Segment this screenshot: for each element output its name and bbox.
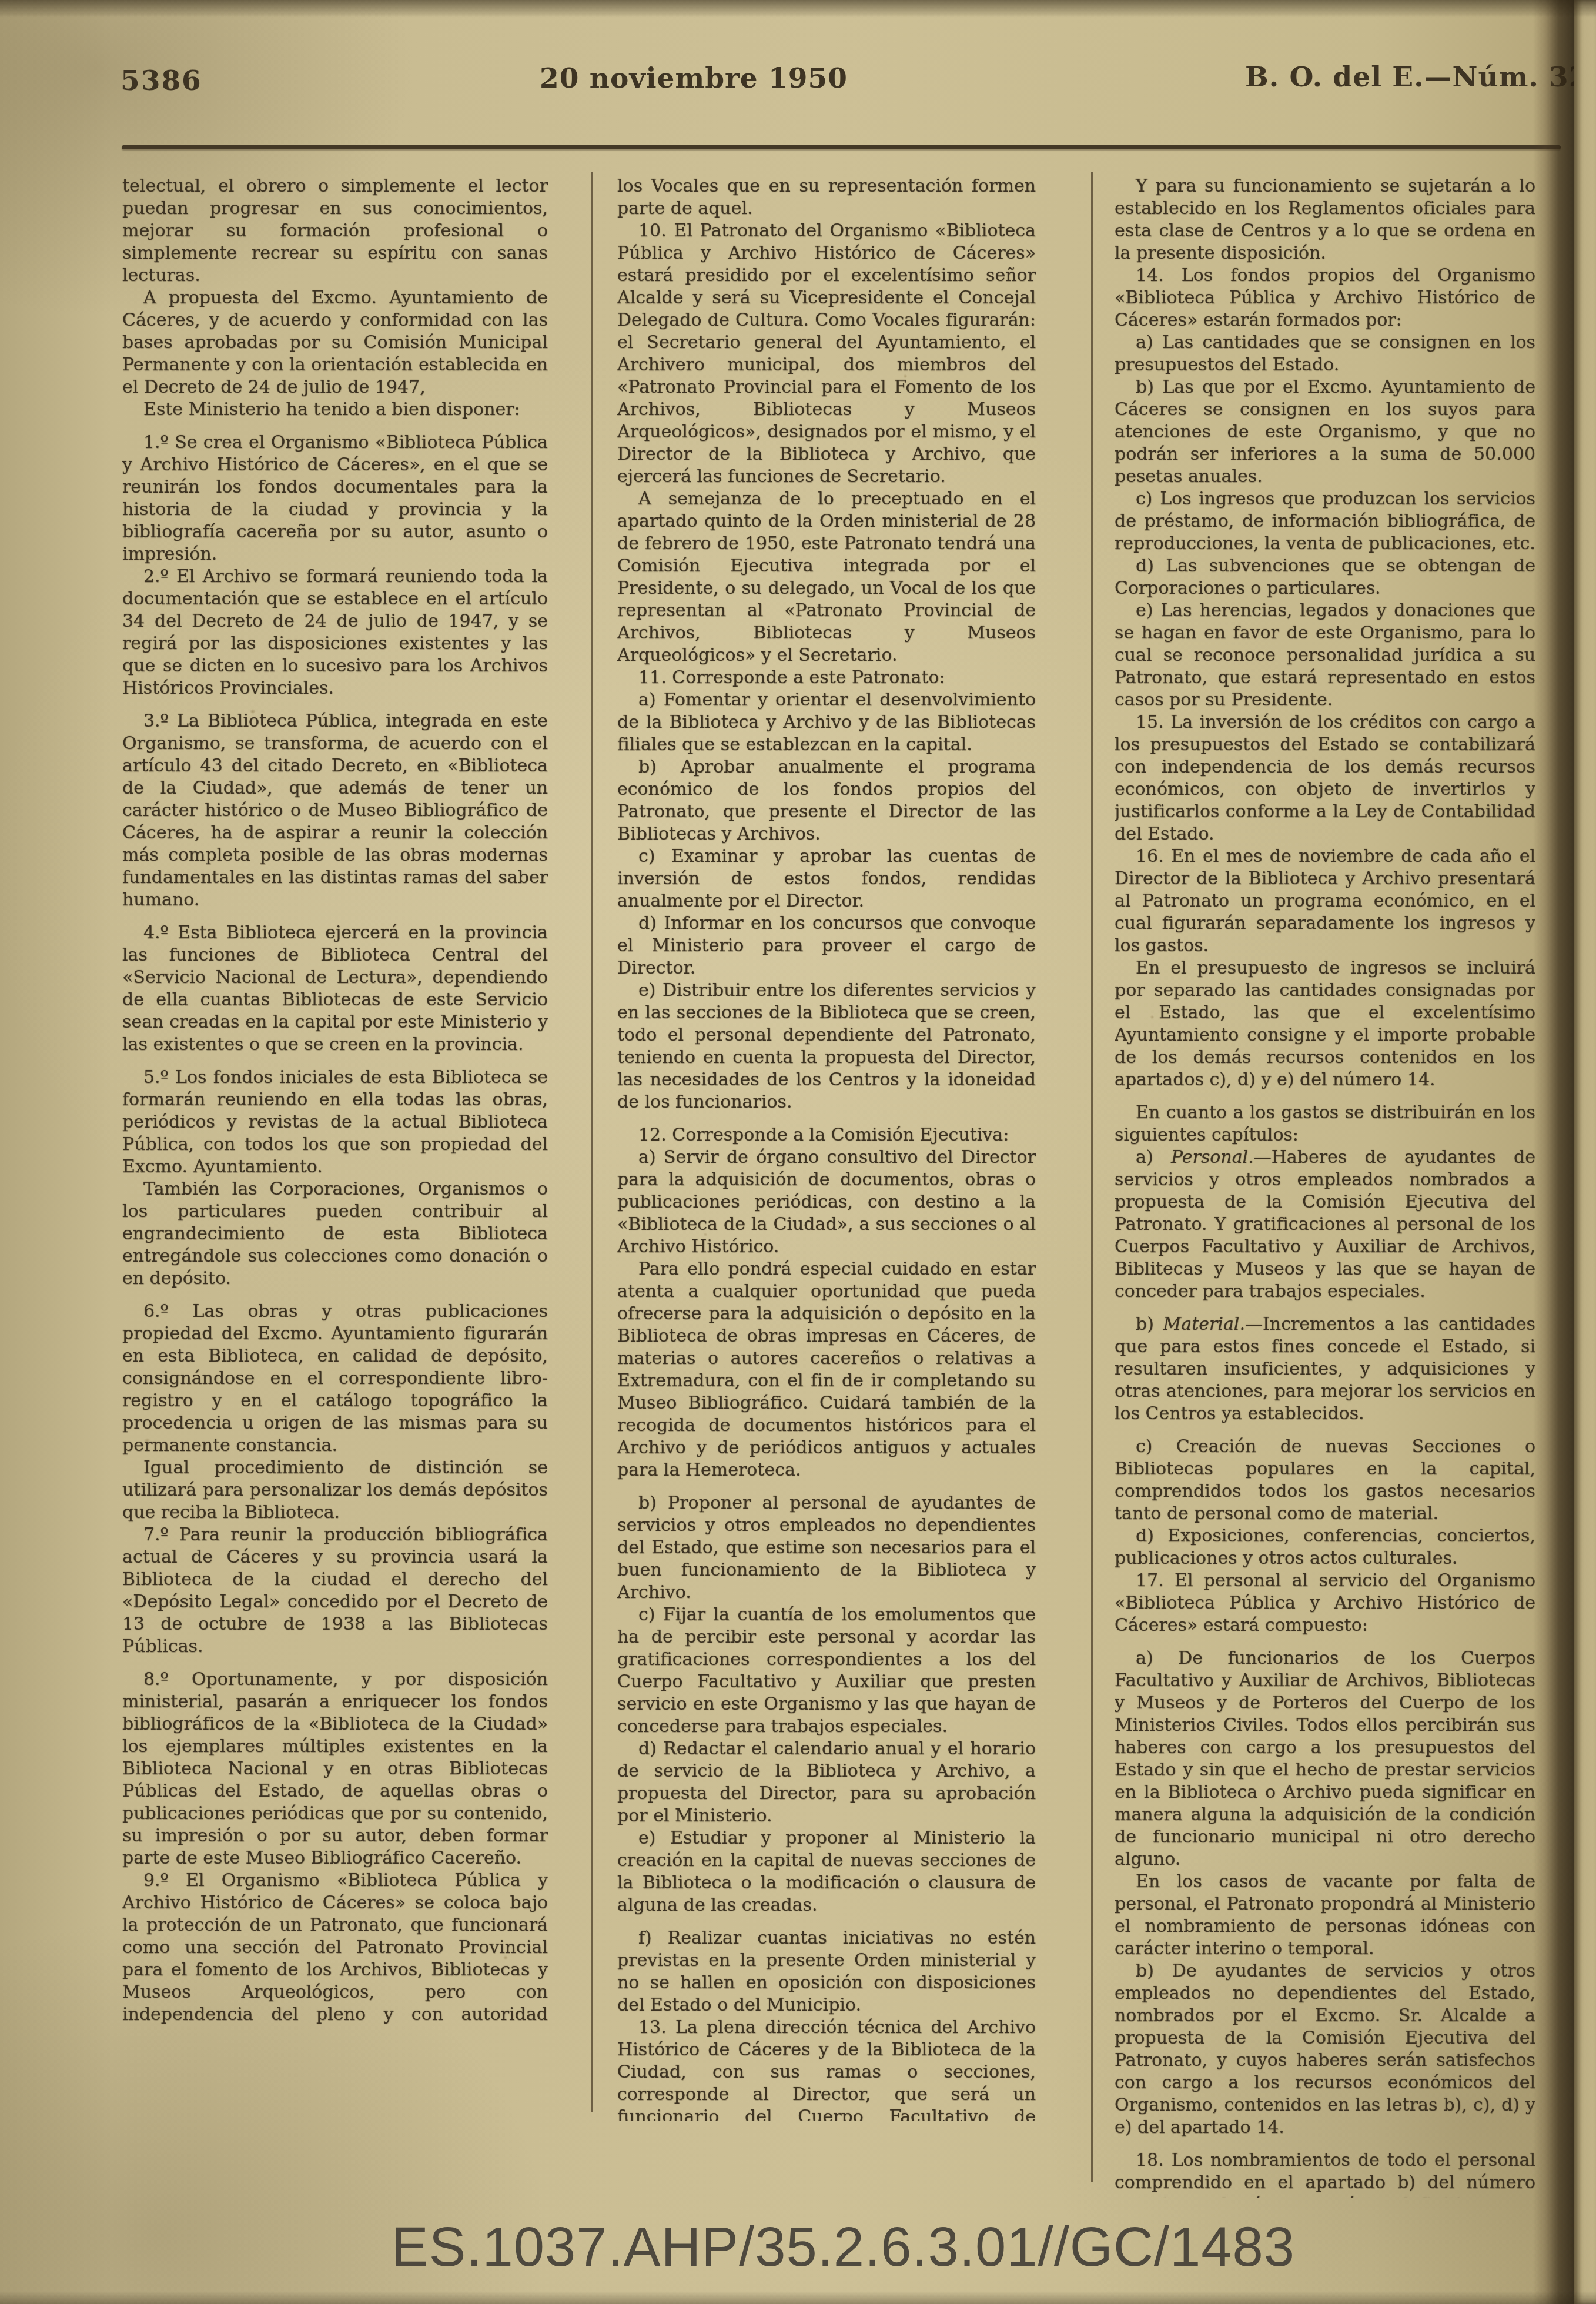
column-separator-1 <box>591 172 593 2112</box>
paragraph: 4.º Esta Biblioteca ejercerá en la provi… <box>122 922 548 1056</box>
paragraph: e) Distribuir entre los diferentes servi… <box>617 979 1036 1113</box>
paragraph: 9.º El Organismo «Biblioteca Pública y A… <box>122 1870 548 2027</box>
paragraph: e) Las herencias, legados y donaciones q… <box>1115 600 1535 711</box>
paragraph: 3.º La Biblioteca Pública, integrada en … <box>122 710 548 911</box>
paragraph: c) Creación de nuevas Secciones o Biblio… <box>1115 1436 1535 1525</box>
paragraph: Para ello pondrá especial cuidado en est… <box>617 1258 1036 1482</box>
paragraph: telectual, el obrero o simplemente el le… <box>122 175 548 287</box>
column-separator-2 <box>1091 172 1093 2182</box>
header-date: 20 noviembre 1950 <box>529 62 858 95</box>
paragraph: 16. En el mes de noviembre de cada año e… <box>1115 845 1535 957</box>
paragraph: También las Corporaciones, Organismos o … <box>122 1178 548 1290</box>
paragraph: A propuesta del Excmo. Ayuntamiento de C… <box>122 287 548 399</box>
paragraph: 10. El Patronato del Organismo «Bibliote… <box>617 220 1036 488</box>
paragraph: b) Material.—Incrementos a las cantidade… <box>1115 1313 1535 1425</box>
text-column-3: Y para su funcionamiento se sujetarán a … <box>1115 175 1535 2198</box>
paragraph: e) Estudiar y proponer al Ministerio la … <box>617 1827 1036 1917</box>
paragraph: a) De funcionarios de los Cuerpos Facult… <box>1115 1647 1535 1871</box>
paragraph: d) Informar en los concursos que convoqu… <box>617 912 1036 979</box>
paragraph: 18. Los nombramientos de todo el persona… <box>1115 2149 1535 2198</box>
top-edge-shadow <box>0 0 1596 18</box>
paragraph: d) Las subvenciones que se obtengan de C… <box>1115 555 1535 600</box>
paragraph: En el presupuesto de ingresos se incluir… <box>1115 957 1535 1091</box>
paragraph: d) Redactar el calendario anual y el hor… <box>617 1738 1036 1827</box>
paragraph: Igual procedimiento de distinción se uti… <box>122 1457 548 1524</box>
paragraph: 13. La plena dirección técnica del Archi… <box>617 2017 1036 2121</box>
paragraph: a) Servir de órgano consultivo del Direc… <box>617 1146 1036 1258</box>
paragraph: En los casos de vacante por falta de per… <box>1115 1871 1535 1960</box>
paragraph: b) Aprobar anualmente el programa económ… <box>617 756 1036 845</box>
paragraph: 15. La inversión de los créditos con car… <box>1115 711 1535 845</box>
paragraph: 5.º Los fondos iniciales de esta Bibliot… <box>122 1066 548 1178</box>
paragraph: los Vocales que en su representación for… <box>617 175 1036 220</box>
header-rule <box>122 145 1561 149</box>
paragraph: b) Las que por el Excmo. Ayuntamiento de… <box>1115 376 1535 488</box>
paragraph: c) Fijar la cuantía de los emolumentos q… <box>617 1604 1036 1738</box>
paragraph: A semejanza de lo preceptuado en el apar… <box>617 488 1036 667</box>
text-column-2: los Vocales que en su representación for… <box>617 175 1036 2121</box>
paragraph: a) Personal.—Haberes de ayudantes de ser… <box>1115 1146 1535 1303</box>
adjacent-page-sliver <box>1574 0 1596 2304</box>
paragraph: En cuanto a los gastos se distribuirán e… <box>1115 1102 1535 1146</box>
paragraph: 6.º Las obras y otras publicaciones prop… <box>122 1300 548 1457</box>
paragraph: Este Ministerio ha tenido a bien dispone… <box>122 399 548 421</box>
paragraph: 11. Corresponde a este Patronato: <box>617 667 1036 689</box>
paragraph: 14. Los fondos propios del Organismo «Bi… <box>1115 265 1535 332</box>
paragraph: a) Las cantidades que se consignen en lo… <box>1115 332 1535 376</box>
page-number: 5386 <box>121 65 202 97</box>
paragraph: c) Los ingresos que produzcan los servic… <box>1115 488 1535 555</box>
paragraph: a) Fomentar y orientar el desenvolvimien… <box>617 689 1036 756</box>
book-binding-shadow <box>1533 0 1574 2304</box>
paragraph: 1.º Se crea el Organismo «Biblioteca Púb… <box>122 432 548 566</box>
paragraph: 17. El personal al servicio del Organism… <box>1115 1570 1535 1637</box>
archive-reference-code: ES.1037.AHP/35.2.6.3.01//GC/1483 <box>392 2215 1295 2279</box>
paragraph: Y para su funcionamiento se sujetarán a … <box>1115 175 1535 265</box>
gazette-page: 5386 20 noviembre 1950 B. O. del E.—Núm.… <box>0 0 1596 2304</box>
paragraph: b) Proponer al personal de ayudantes de … <box>617 1492 1036 1604</box>
paragraph: f) Realizar cuantas iniciativas no estén… <box>617 1927 1036 2017</box>
paragraph: d) Exposiciones, conferencias, concierto… <box>1115 1525 1535 1570</box>
paragraph: 12. Corresponde a la Comisión Ejecutiva: <box>617 1124 1036 1146</box>
paragraph: c) Examinar y aprobar las cuentas de inv… <box>617 845 1036 912</box>
paragraph: b) De ayudantes de servicios y otros emp… <box>1115 1960 1535 2139</box>
paragraph: 7.º Para reunir la producción bibliográf… <box>122 1524 548 1658</box>
text-column-1: telectual, el obrero o simplemente el le… <box>122 175 548 2027</box>
bottom-edge-shadow <box>0 2291 1596 2304</box>
paragraph: 2.º El Archivo se formará reuniendo toda… <box>122 566 548 700</box>
paragraph: 8.º Oportunamente, y por disposición min… <box>122 1668 548 1870</box>
